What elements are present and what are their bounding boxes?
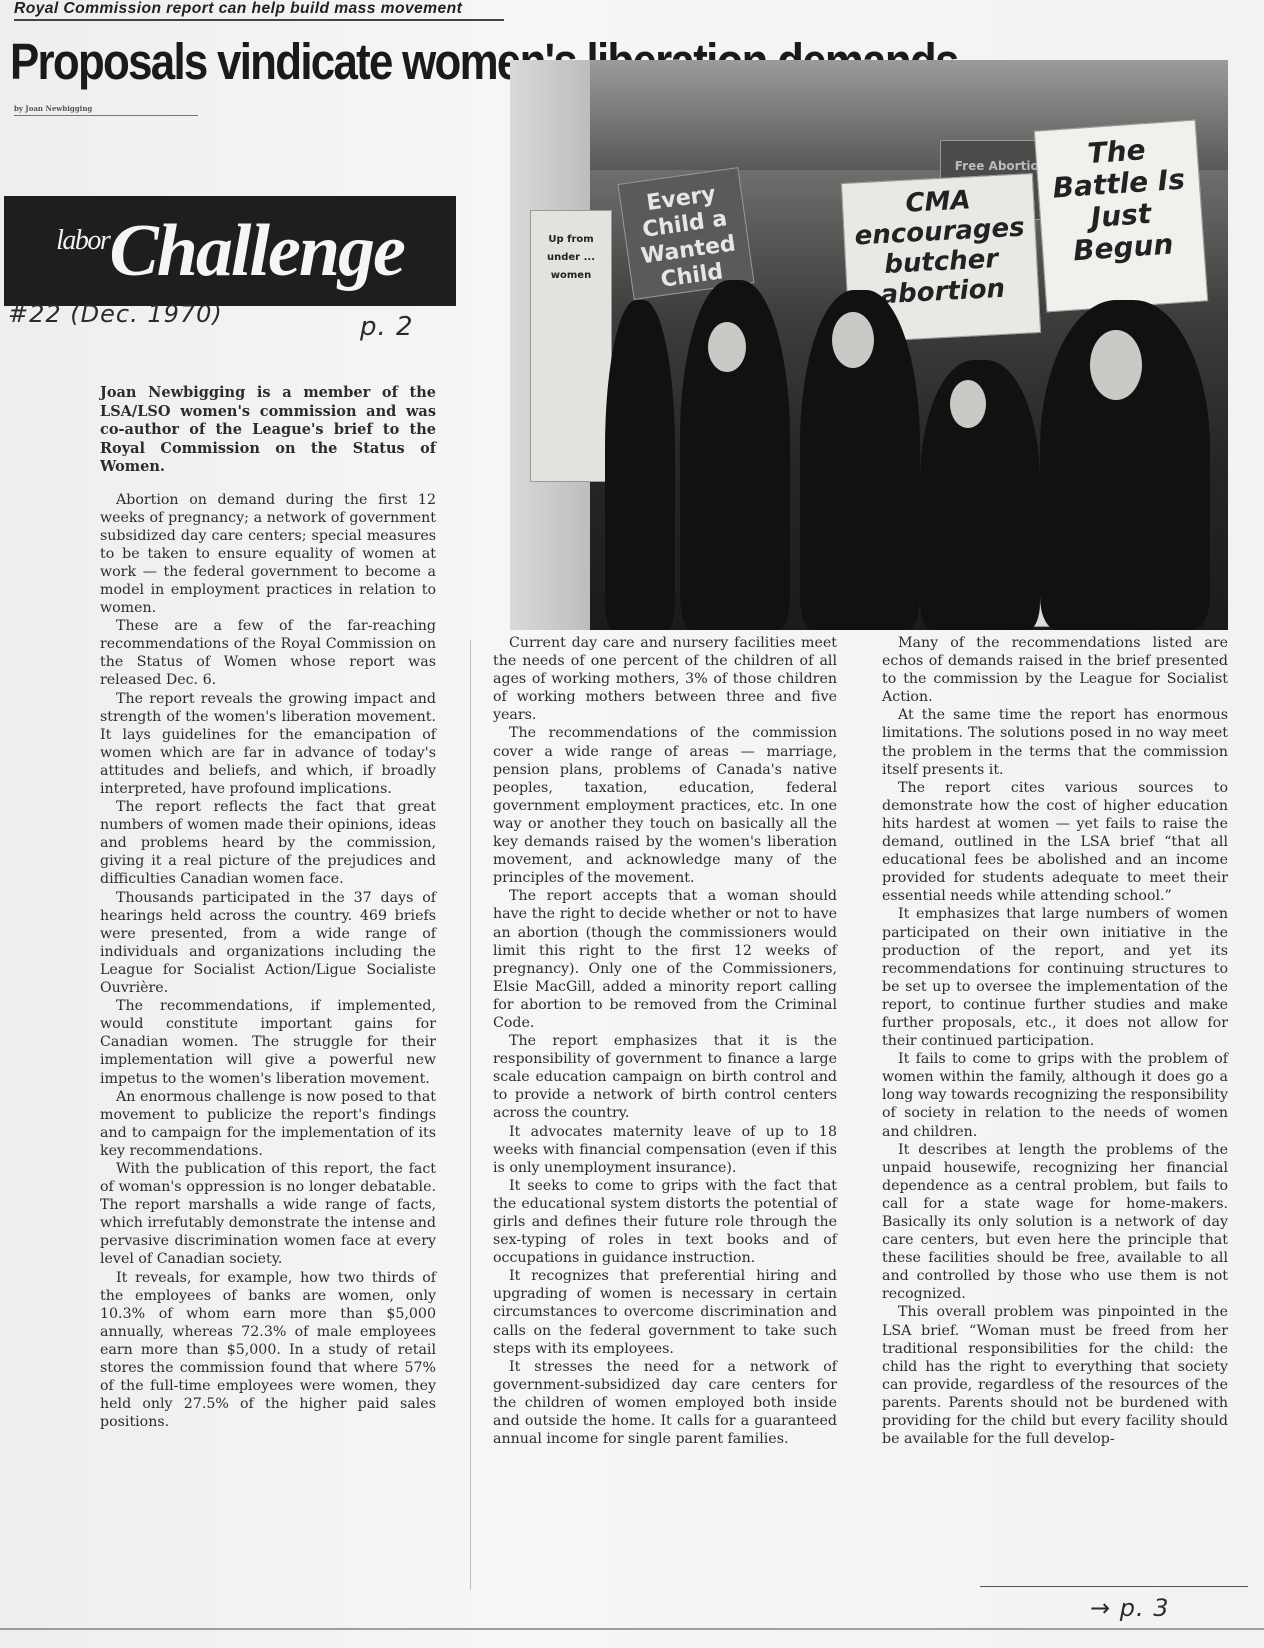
paragraph: It recognizes that preferential hiring a… (493, 1267, 837, 1357)
paragraph: The report accepts that a woman should h… (493, 887, 837, 1032)
paragraph: Thousands participated in the 37 days of… (100, 889, 436, 998)
paragraph: It seeks to come to grips with the fact … (493, 1177, 837, 1267)
paragraph: The report cites various sources to demo… (882, 779, 1228, 906)
author-bio: Joan Newbigging is a member of the LSA/L… (100, 384, 436, 477)
paragraph: It stresses the need for a network of go… (493, 1358, 837, 1448)
paragraph: This overall problem was pinpointed in t… (882, 1303, 1228, 1448)
newspaper-clipping: Royal Commission report can help build m… (0, 0, 1264, 1648)
handwritten-issue-note: #22 (Dec. 1970) (8, 300, 223, 328)
handwritten-continued-note: → p. 3 (1090, 1594, 1170, 1622)
paragraph: These are a few of the far-reaching reco… (100, 617, 436, 689)
masthead-logo: labor Challenge (4, 196, 456, 306)
article-column-2: Current day care and nursery facilities … (493, 634, 837, 1448)
paragraph: At the same time the report has enormous… (882, 706, 1228, 778)
article-column-3: Many of the recommendations listed are e… (882, 634, 1228, 1448)
paragraph: An enormous challenge is now posed to th… (100, 1088, 436, 1160)
paragraph: With the publication of this report, the… (100, 1160, 436, 1269)
marcher-face (950, 380, 986, 428)
placard-up-from-under: Up from under ... women (530, 210, 612, 482)
paragraph: Many of the recommendations listed are e… (882, 634, 1228, 706)
paragraph: It describes at length the problems of t… (882, 1141, 1228, 1304)
column-divider (470, 640, 471, 1590)
paragraph: It emphasizes that large numbers of wome… (882, 905, 1228, 1050)
paragraph: The report reflects the fact that great … (100, 798, 436, 888)
paragraph: It advocates maternity leave of up to 18… (493, 1123, 837, 1177)
marcher-face (708, 322, 746, 372)
paragraph: The report emphasizes that it is the res… (493, 1032, 837, 1122)
handwritten-page-note: p. 2 (360, 312, 414, 342)
marcher-figure (605, 300, 675, 630)
page-bottom-edge (0, 1628, 1264, 1630)
paragraph: It fails to come to grips with the probl… (882, 1050, 1228, 1140)
masthead-prefix: labor (56, 225, 109, 257)
paragraph: The recommendations, if implemented, wou… (100, 997, 436, 1087)
marcher-face (1090, 330, 1142, 400)
protest-photo: Up from under ... women Free Abortion Ev… (510, 60, 1228, 630)
paragraph: Current day care and nursery facilities … (493, 634, 837, 724)
article-column-1: Joan Newbigging is a member of the LSA/L… (100, 384, 436, 1431)
masthead-name: Challenge (109, 209, 403, 294)
column-end-rule (980, 1586, 1248, 1587)
paragraph: The recommendations of the commission co… (493, 724, 837, 887)
marcher-face (832, 312, 874, 368)
placard-battle-begun: The Battle Is Just Begun (1034, 120, 1208, 313)
paragraph: It reveals, for example, how two thirds … (100, 1269, 436, 1432)
paragraph: Abortion on demand during the first 12 w… (100, 491, 436, 618)
byline: by Joan Newbigging (14, 104, 198, 116)
paragraph: The report reveals the growing impact an… (100, 690, 436, 799)
kicker-headline: Royal Commission report can help build m… (14, 0, 504, 21)
